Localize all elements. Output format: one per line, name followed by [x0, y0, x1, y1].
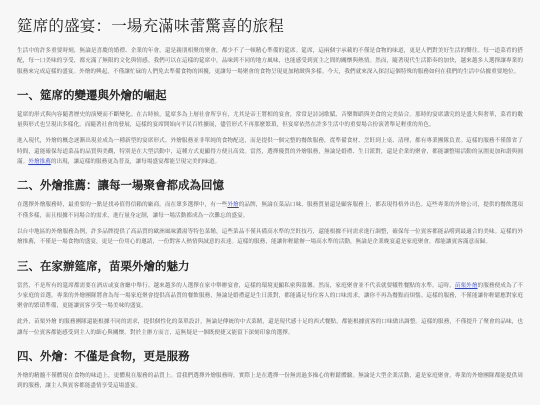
paragraph: 此外，苗栗外燴 的服務團隊還能根據不同的需求，提供個性化的菜單設計，無論是傳統的…: [17, 317, 523, 338]
section-1: 一、筵席的變遷與外燴的崛起 筵席的形式與內容隨著歷史的演變而不斷變化。在古時候，…: [17, 88, 523, 167]
section-3: 三、在家辦筵席，苗栗外燴的魅力 當然，不是所有的筵席都需要在酒店或宴會廳中舉行。…: [17, 259, 523, 338]
page-title: 筵席的盛宴：一場充滿味蕾驚喜的旅程: [17, 16, 523, 36]
paragraph: 在選擇外燴服務時，最重要的一點是找尋值得信賴的廠商。而在眾多選擇中，有一些外燴的…: [17, 200, 523, 221]
paragraph: 以台中地區的外燴服務為例，許多品牌提供了高品質的歐洲風味濃湯等特色菜餚，這些菜品…: [17, 227, 523, 248]
paragraph: 進入現代，外燴的概念逐漸出現並成為一種新型的宴席形式。外燴服務並非單純的食物配送…: [17, 136, 523, 167]
section-4: 四、外燴：不僅是食物，更是服務 外燴的精髓不僅體現在食物的味道上，更體現在服務的…: [17, 349, 523, 392]
section-heading: 一、筵席的變遷與外燴的崛起: [17, 88, 523, 103]
section-heading: 三、在家辦筵席，苗栗外燴的魅力: [17, 259, 523, 274]
paragraph: 當然，不是所有的筵席都需要在酒店或宴會廳中舉行。越來越多的人選擇在家中舉辦宴會，…: [17, 281, 523, 312]
section-heading: 二、外燴推薦：讓每一場聚會都成為回憶: [17, 178, 523, 193]
intro-paragraph: 生活中的許多重要時刻，無論是喜慶的婚禮、企業的年會，還是親朋相聚的聚會，都少不了…: [17, 46, 523, 77]
miaoli-catering-link[interactable]: 苗栗外燴: [455, 283, 478, 289]
paragraph: 筵席的形式與內容隨著歷史的演變而不斷變化。在古時候，筵席多為上層社會所享有，尤其…: [17, 110, 523, 131]
article: 筵席的盛宴：一場充滿味蕾驚喜的旅程 生活中的許多重要時刻，無論是喜慶的婚禮、企業…: [0, 0, 540, 392]
paragraph: 外燴的精髓不僅體現在食物的味道上，更體現在服務的品質上。當我們選擇外燴服務時，實…: [17, 371, 523, 392]
section-heading: 四、外燴：不僅是食物，更是服務: [17, 349, 523, 364]
catering-recommend-link[interactable]: 外燴推薦: [28, 159, 51, 165]
section-2: 二、外燴推薦：讓每一場聚會都成為回憶 在選擇外燴服務時，最重要的一點是找尋值得信…: [17, 178, 523, 247]
catering-link[interactable]: 外燴: [227, 202, 238, 208]
